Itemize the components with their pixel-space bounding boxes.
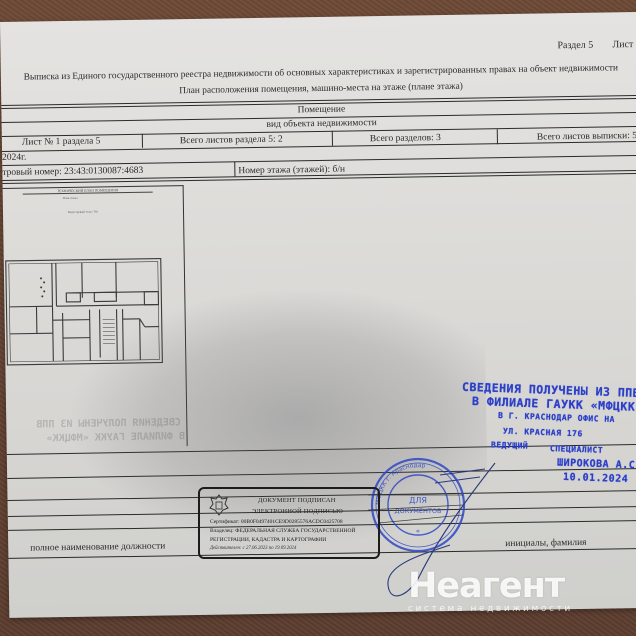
sections-total: Всего разделов: 3 (370, 133, 441, 144)
section-label: Раздел 5 (557, 40, 593, 52)
stamp-line: СПЕЦИАЛИСТ (550, 444, 603, 455)
section-sheets-total: Всего листов раздела 5: 2 (180, 135, 283, 147)
esign-heading-2: ЭЛЕКТРОННОЙ ПОДПИСЬЮ (252, 508, 343, 515)
watermark-brand: Неагент (408, 566, 564, 606)
esign-owner-1: Владелец: ФЕДЕРАЛЬНАЯ СЛУЖБА ГОСУДАРСТВЕ… (210, 528, 355, 534)
sheet-number: Лист № 1 раздела 5 (22, 136, 101, 147)
cell-divider (497, 129, 498, 144)
date-fragment: 2024г. (2, 153, 26, 163)
watermark-tagline: система недвижимости (408, 604, 573, 614)
esign-owner-2: РЕГИСТРАЦИИ, КАДАСТРА И КАРТОГРАФИИ (210, 537, 326, 543)
esign-heading-1: ДОКУМЕНТ ПОДПИСАН (258, 497, 336, 504)
cell-divider (142, 134, 143, 148)
cell-divider (332, 131, 333, 146)
rule (7, 468, 636, 479)
coat-of-arms-icon (208, 493, 230, 517)
floor-plan-drawing (4, 256, 166, 368)
cell-divider (234, 161, 235, 176)
bleed-through-stamp: СВЕДЕНИЯ ПОЛУЧЕНЫ ИЗ ППВ (36, 417, 181, 430)
floor-plan-note: Кадастровый этаж / б/н (68, 209, 98, 213)
cadastral-number: тровый номер: 23:43:0130087:4683 (2, 166, 143, 178)
esign-certificate: Сертификат: 00B0F0497401CE9D0285576ACDC0… (210, 519, 343, 525)
bleed-through-stamp: В ФИЛИАЛЕ ГАУКК «МФЦКК» (46, 431, 185, 444)
stamp-line: 10.01.2024 (563, 472, 629, 485)
position-caption: полное наименование должности (30, 541, 165, 553)
stamp-line: ВЕДУЩИЙ (491, 440, 529, 450)
floor-plan-frame: ТЕХНИЧЕСКИЙ ПЛАН ПОМЕЩЕНИЯ План этажа Ка… (0, 185, 188, 449)
floor-plan-title: ТЕХНИЧЕСКИЙ ПЛАН ПОМЕЩЕНИЯ (23, 188, 153, 195)
esign-validity: Действителен: с 27.06.2023 по 19.09.2024 (210, 546, 296, 551)
sheet-label: Лист (612, 39, 633, 50)
initials-caption: инициалы, фамилия (505, 538, 586, 549)
electronic-signature-block: ДОКУМЕНТ ПОДПИСАН ЭЛЕКТРОННОЙ ПОДПИСЬЮ С… (198, 487, 380, 559)
floor-plan-subtitle: План этажа (63, 196, 78, 200)
